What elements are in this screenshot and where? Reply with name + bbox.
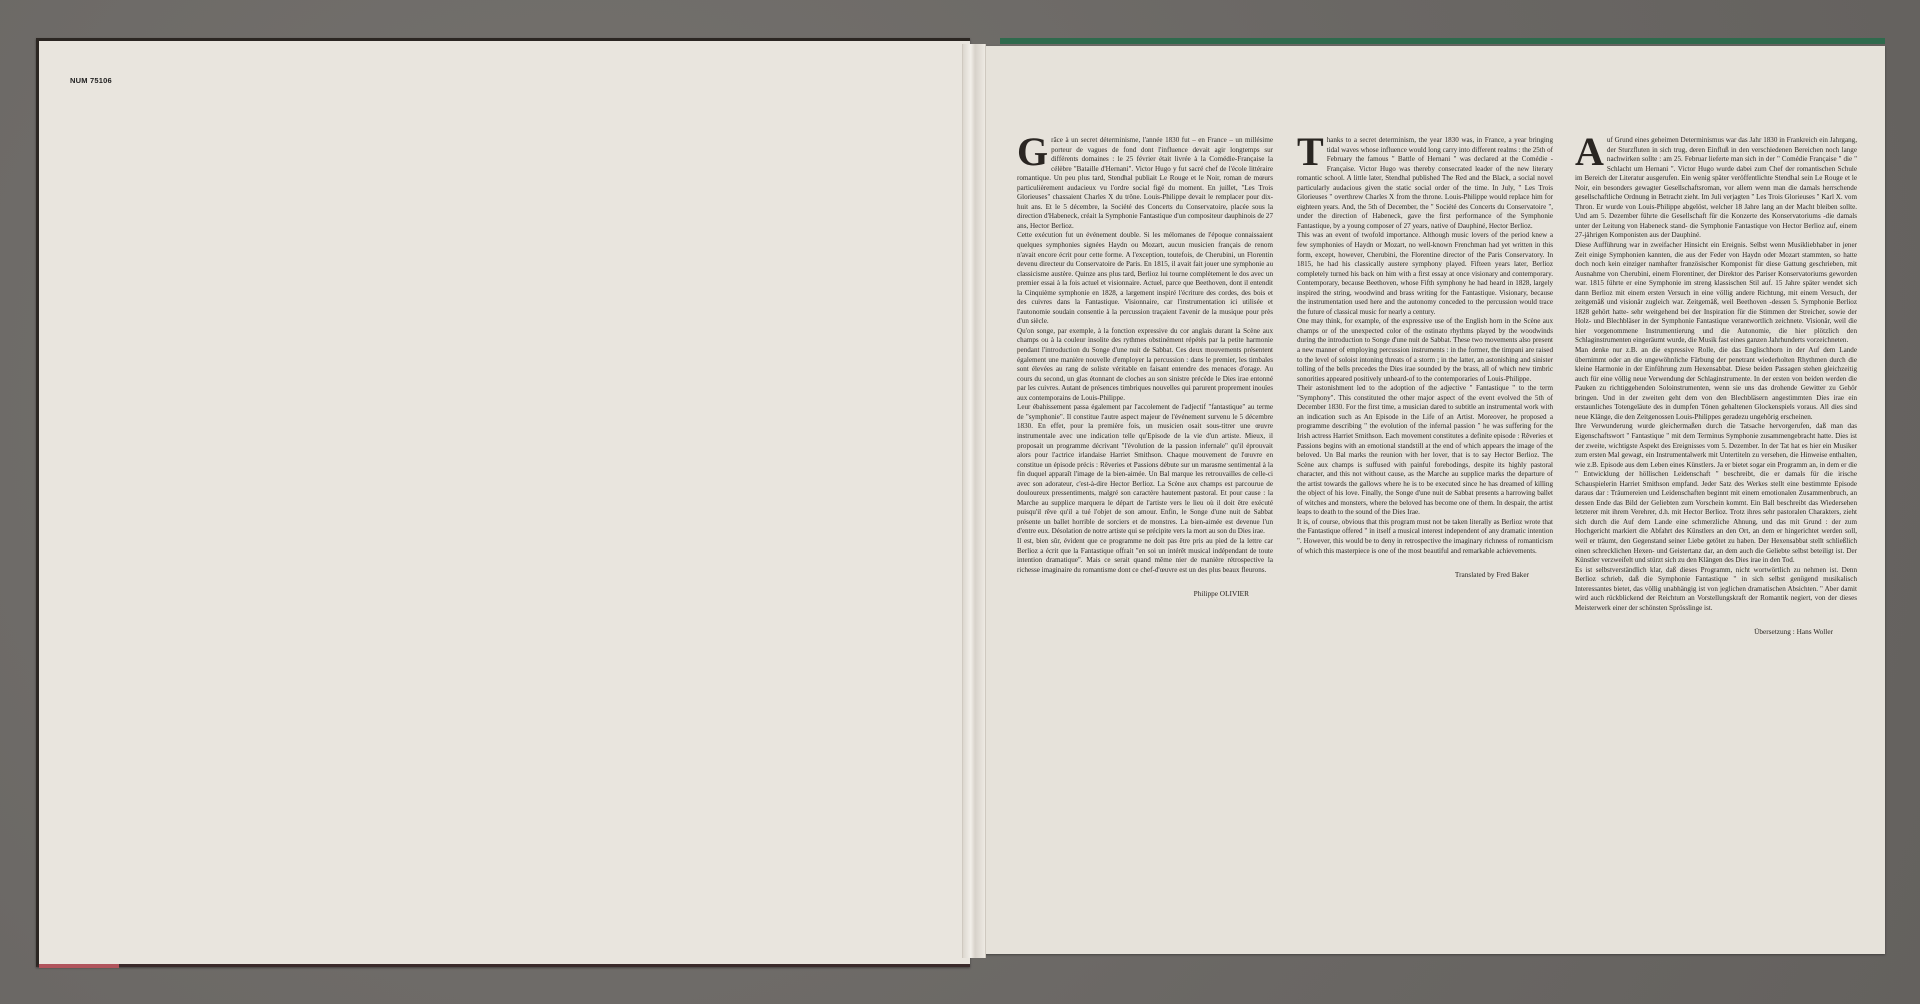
paragraph: Es ist selbstverständlich klar, daß dies… <box>1575 566 1857 614</box>
red-cover-edge <box>39 964 119 968</box>
paragraph: Thanks to a secret determinism, the year… <box>1297 136 1553 231</box>
paragraph: One may think, for example, of the expre… <box>1297 317 1553 384</box>
paragraph: Man denke nur z.B. an die expressive Rol… <box>1575 346 1857 422</box>
drop-cap: A <box>1575 137 1604 167</box>
paragraph: Qu'on songe, par exemple, à la fonction … <box>1017 327 1273 403</box>
paragraph: Leur ébahissement passa également par l'… <box>1017 403 1273 537</box>
paragraph: Ihre Verwunderung wurde gleichermaßen du… <box>1575 422 1857 565</box>
green-cover-edge <box>1000 38 1885 44</box>
gatefold-spine <box>962 44 986 958</box>
paragraph: Il est, bien sûr, évident que ce program… <box>1017 537 1273 575</box>
paragraph: Auf Grund eines geheimen Determinismus w… <box>1575 136 1857 241</box>
paragraph: Diese Aufführung war in zweifacher Hinsi… <box>1575 241 1857 346</box>
drop-cap: G <box>1017 137 1048 167</box>
paragraph: Cette exécution fut un événement double.… <box>1017 231 1273 326</box>
translator-signature: Übersetzung : Hans Woller <box>1575 627 1857 637</box>
drop-cap: T <box>1297 137 1324 167</box>
french-notes-column: Grâce à un secret déterminisme, l'année … <box>1017 136 1273 599</box>
translator-signature: Translated by Fred Baker <box>1297 570 1553 580</box>
paragraph: It is, of course, obvious that this prog… <box>1297 518 1553 556</box>
catalog-number: NUM 75106 <box>70 76 112 85</box>
english-notes-column: Thanks to a secret determinism, the year… <box>1297 136 1553 580</box>
left-inner-panel <box>36 38 970 967</box>
german-notes-column: Auf Grund eines geheimen Determinismus w… <box>1575 136 1857 637</box>
paragraph: This was an event of twofold importance.… <box>1297 231 1553 317</box>
paragraph: Grâce à un secret déterminisme, l'année … <box>1017 136 1273 231</box>
paragraph: Their astonishment led to the adoption o… <box>1297 384 1553 518</box>
author-signature: Philippe OLIVIER <box>1017 589 1273 599</box>
